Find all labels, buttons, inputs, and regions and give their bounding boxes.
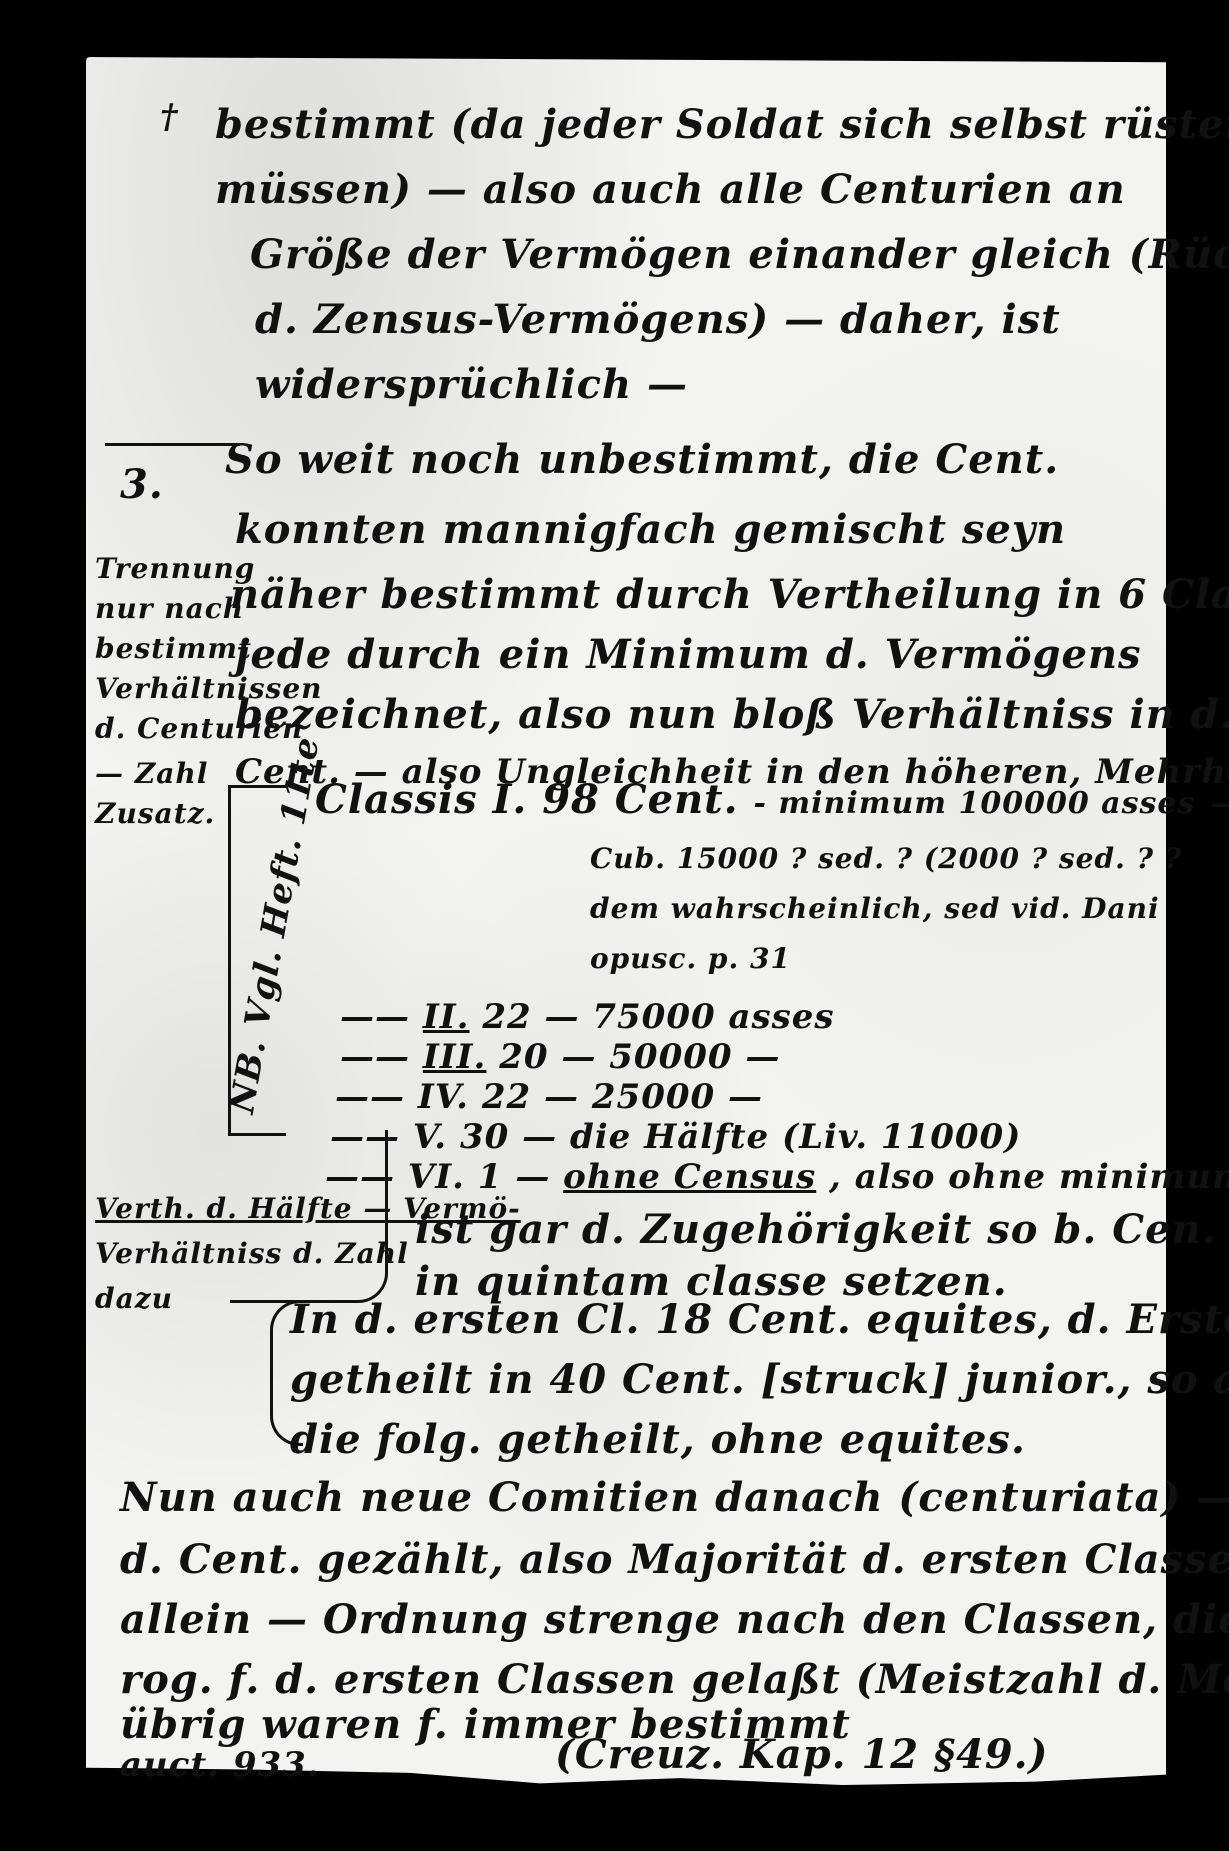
- class-1-subnote-1: Cub. 15000 ? sed. ? (2000 ? sed. ? ?: [590, 845, 1182, 873]
- class-1-subnote-2: dem wahrscheinlich, sed vid. Dani: [590, 895, 1160, 923]
- bottom-line-4: rog. f. d. ersten Classen gelaßt (Meistz…: [120, 1660, 1229, 1700]
- bottom-line-1: Nun auch neue Comitien danach (centuriat…: [120, 1478, 1229, 1518]
- class-3-row: —— III. 20 — 50000 —: [340, 1040, 780, 1074]
- section-divider: [105, 443, 240, 446]
- top-line-1: bestimmt (da jeder Soldat sich selbst rü…: [215, 105, 1229, 145]
- section-line-5: bezeichnet, also nun bloß Verhältniss in…: [235, 695, 1229, 735]
- bottom-line-3: allein — Ordnung strenge nach den Classe…: [120, 1600, 1229, 1640]
- class-1-row: Classis I. 98 Cent. - minimum 100000 ass…: [315, 780, 1229, 820]
- section-line-4: jede durch ein Minimum d. Vermögens: [235, 635, 1142, 675]
- top-marker: †: [160, 100, 179, 134]
- section-line-2: konnten mannigfach gemischt seyn: [235, 510, 1066, 550]
- margin-connector: [230, 1130, 388, 1303]
- class-5-row: —— V. 30 — die Hälfte (Liv. 11000): [330, 1120, 1021, 1154]
- class-2-row: —— II. 22 — 75000 asses: [340, 1000, 835, 1034]
- bottom-line-2: d. Cent. gezählt, also Majorität d. erst…: [120, 1540, 1229, 1580]
- top-line-4: d. Zensus-Vermögens) — daher, ist: [255, 300, 1061, 340]
- section-number: 3.: [120, 465, 164, 505]
- class-6-row: —— VI. 1 — ohne Census , also ohne minim…: [325, 1160, 1229, 1194]
- class-1-subnote-3: opusc. p. 31: [590, 945, 791, 973]
- equites-line-2: getheilt in 40 Cent. [struck] junior., s…: [290, 1360, 1229, 1400]
- section-line-3: näher bestimmt durch Vertheilung in 6 Cl…: [230, 575, 1229, 615]
- margin-bottom: auct. 933.: [120, 1748, 320, 1782]
- class-4-row: —— IV. 22 — 25000 —: [335, 1080, 763, 1114]
- top-line-2: müssen) — also auch alle Centurien an: [215, 170, 1126, 210]
- top-line-3: Größe der Vermögen einander gleich (Rück…: [250, 235, 1229, 275]
- section-line-1: So weit noch unbestimmt, die Cent.: [225, 440, 1059, 480]
- equites-line-3: die folg. getheilt, ohne equites.: [290, 1420, 1026, 1460]
- equites-line-1: In d. ersten Cl. 18 Cent. equites, d. Er…: [290, 1300, 1229, 1340]
- after-classes-1: ist gar d. Zugehörigkeit so b. Cen. begr…: [415, 1210, 1229, 1250]
- top-line-5: widersprüchlich —: [255, 365, 688, 405]
- citation: (Creuz. Kap. 12 §49.): [555, 1735, 1048, 1775]
